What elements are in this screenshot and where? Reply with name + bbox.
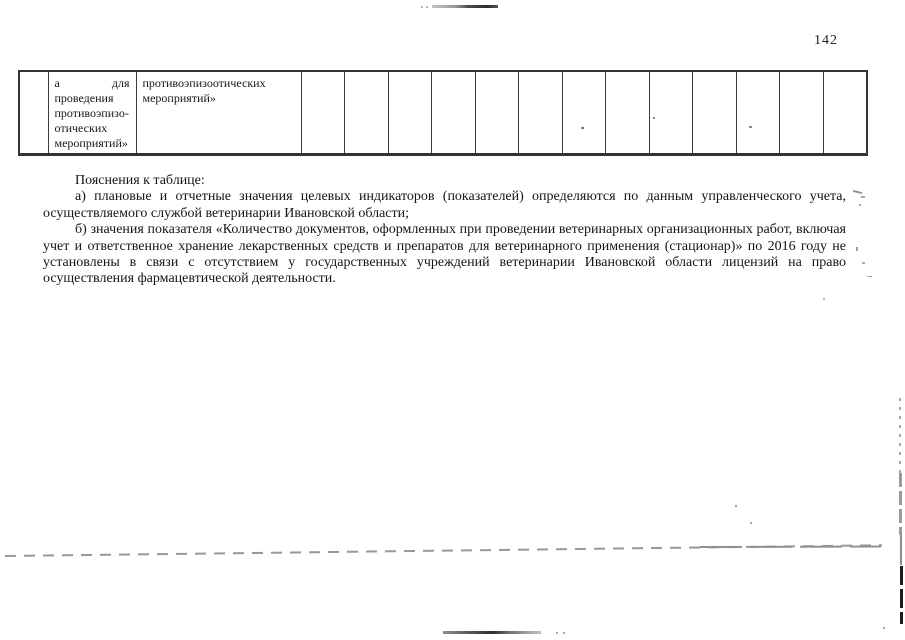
table-cell-empty	[693, 71, 737, 155]
scan-artifact-margin-mark	[859, 204, 861, 206]
measure-name-word: а	[55, 76, 60, 91]
table-cell-empty	[780, 71, 824, 155]
scan-artifact-margin-mark	[853, 190, 862, 194]
scan-artifact-right-edge-line	[900, 535, 902, 565]
scan-artifact-top-dots	[421, 6, 429, 8]
page-number: 142	[806, 33, 846, 49]
table-cell-empty	[649, 71, 693, 155]
table-cell-empty	[736, 71, 780, 155]
note-item-b: б) значения показателя «Количество докум…	[43, 222, 846, 288]
scan-artifact-margin-mark	[867, 276, 872, 277]
scan-artifact-dashed-line	[5, 544, 882, 557]
table-row: а для проведения противоэпизо- отических…	[19, 71, 867, 155]
table-cell-indicator-name: противоэпизоотических мероприятий»	[136, 71, 301, 155]
scan-artifact-margin-mark	[856, 247, 858, 251]
scan-artifact-speck	[735, 505, 737, 507]
measure-name-first-line: а для	[55, 76, 133, 91]
scan-artifact-dashed-line	[700, 546, 881, 548]
indicator-name-text: противоэпизоотических мероприятий»	[143, 76, 298, 106]
note-item-a: а) плановые и отчетные значения целевых …	[43, 189, 846, 222]
table-cell-measure-name: а для проведения противоэпизо- отических…	[48, 71, 136, 155]
table-cell-empty	[475, 71, 519, 155]
document-page: 142 а для проведения противоэпизо- отиче…	[0, 0, 905, 640]
notes-heading: Пояснения к таблице:	[43, 173, 846, 189]
table-notes: Пояснения к таблице: а) плановые и отчет…	[43, 173, 846, 288]
scan-artifact-bottom-dots	[556, 632, 568, 634]
scan-artifact-margin-mark	[862, 262, 865, 264]
scan-artifact-bottom-streak	[443, 631, 541, 634]
table-cell-empty	[562, 71, 606, 155]
scan-artifact-top-streak	[432, 5, 498, 8]
measure-name-rest: проведения противоэпизо- отических мероп…	[55, 91, 133, 151]
scan-artifact-right-edge-line	[899, 473, 902, 535]
table-cell-empty	[606, 71, 650, 155]
scan-artifact-right-edge-line	[899, 398, 901, 473]
scan-artifact-margin-mark	[823, 298, 825, 300]
indicators-table-fragment: а для проведения противоэпизо- отических…	[18, 70, 868, 156]
table-cell-empty	[823, 71, 867, 155]
table-cell-empty	[388, 71, 432, 155]
table-cell-empty	[19, 71, 48, 155]
scan-artifact-right-edge-line	[900, 566, 903, 624]
scan-artifact-margin-mark	[861, 196, 865, 198]
table-cell-empty	[519, 71, 563, 155]
table-cell-empty	[345, 71, 389, 155]
measure-name-word: для	[112, 76, 130, 91]
scan-artifact-speck	[883, 627, 885, 629]
scan-artifact-speck	[750, 522, 752, 524]
table-cell-empty	[432, 71, 476, 155]
table-cell-empty	[301, 71, 345, 155]
